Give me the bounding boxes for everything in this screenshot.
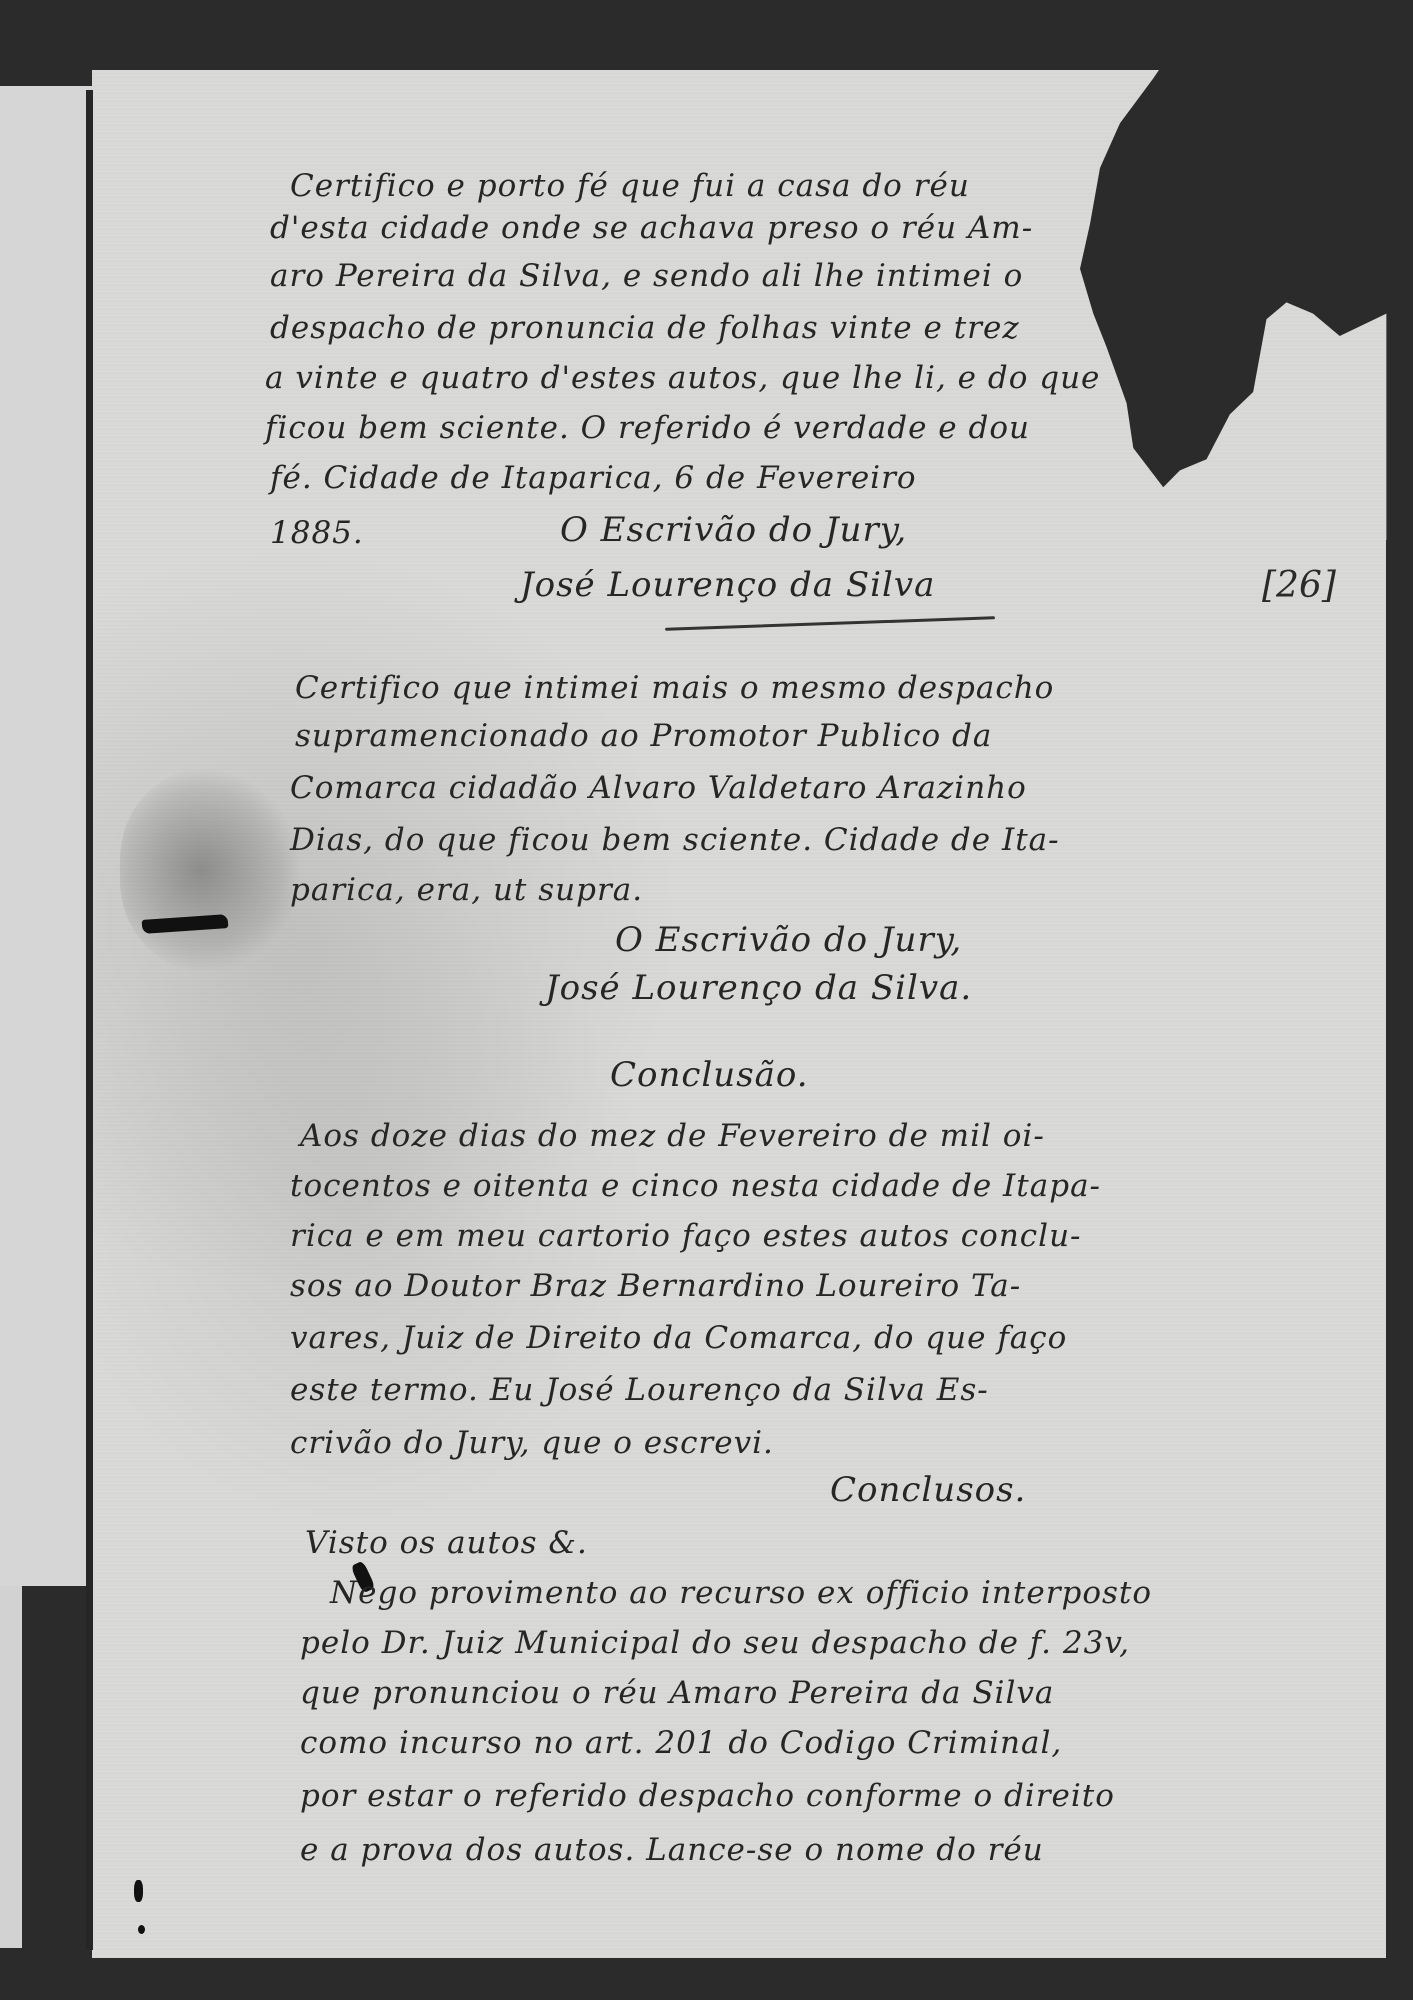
text-line: vares, Juiz de Direito da Comarca, do qu… xyxy=(290,1320,1067,1356)
ink-dot xyxy=(134,1880,143,1902)
closing-note: Conclusos. xyxy=(830,1470,1026,1510)
section-heading: Conclusão. xyxy=(610,1055,809,1095)
text-line: 1885. xyxy=(270,515,364,551)
folio-number: [26] xyxy=(1262,565,1336,606)
text-line: pelo Dr. Juiz Municipal do seu despacho … xyxy=(300,1625,1130,1661)
signature-name: José Lourenço da Silva xyxy=(520,565,935,605)
water-stain xyxy=(120,770,300,970)
text-line: Comarca cidadão Alvaro Valdetaro Arazinh… xyxy=(290,770,1027,806)
ink-dot xyxy=(138,1925,145,1934)
signature-title: O Escrivão do Jury, xyxy=(615,920,962,960)
scan-background-right xyxy=(1386,540,1413,2000)
text-line: Visto os autos &. xyxy=(305,1525,588,1561)
text-line: parica, era, ut supra. xyxy=(290,872,643,908)
text-line: sos ao Doutor Braz Bernardino Loureiro T… xyxy=(290,1268,1021,1304)
text-line: tocentos e oitenta e cinco nesta cidade … xyxy=(290,1168,1101,1204)
text-line: a vinte e quatro d'estes autos, que lhe … xyxy=(265,360,1100,396)
text-line: Certifico e porto fé que fui a casa do r… xyxy=(290,168,970,204)
text-line: este termo. Eu José Lourenço da Silva Es… xyxy=(290,1372,989,1408)
text-line: rica e em meu cartorio faço estes autos … xyxy=(290,1218,1082,1254)
text-line: fé. Cidade de Itaparica, 6 de Fevereiro xyxy=(270,460,917,496)
text-line: d'esta cidade onde se achava preso o réu… xyxy=(270,210,1033,246)
text-line: como incurso no art. 201 do Codigo Crimi… xyxy=(300,1725,1062,1761)
binding-gutter xyxy=(86,90,93,1950)
text-line: Certifico que intimei mais o mesmo despa… xyxy=(295,670,1054,706)
signature-title: O Escrivão do Jury, xyxy=(560,510,907,550)
adjacent-page-edge-lower xyxy=(0,1586,22,1948)
text-line: por estar o referido despacho conforme o… xyxy=(300,1778,1115,1814)
text-line: ficou bem sciente. O referido é verdade … xyxy=(265,410,1030,446)
text-line: Dias, do que ficou bem sciente. Cidade d… xyxy=(290,822,1060,858)
text-line: supramencionado ao Promotor Publico da xyxy=(295,718,992,754)
text-line: que pronunciou o réu Amaro Pereira da Si… xyxy=(300,1675,1054,1711)
text-line: crivão do Jury, que o escrevi. xyxy=(290,1425,774,1461)
text-line: Nego provimento ao recurso ex officio in… xyxy=(330,1575,1152,1611)
signature-name: José Lourenço da Silva. xyxy=(545,968,972,1008)
text-line: aro Pereira da Silva, e sendo ali lhe in… xyxy=(270,258,1023,294)
text-line: Aos doze dias do mez de Fevereiro de mil… xyxy=(300,1118,1045,1154)
text-line: despacho de pronuncia de folhas vinte e … xyxy=(270,310,1020,346)
adjacent-page-edge xyxy=(0,86,92,1586)
text-line: e a prova dos autos. Lance-se o nome do … xyxy=(300,1832,1044,1868)
